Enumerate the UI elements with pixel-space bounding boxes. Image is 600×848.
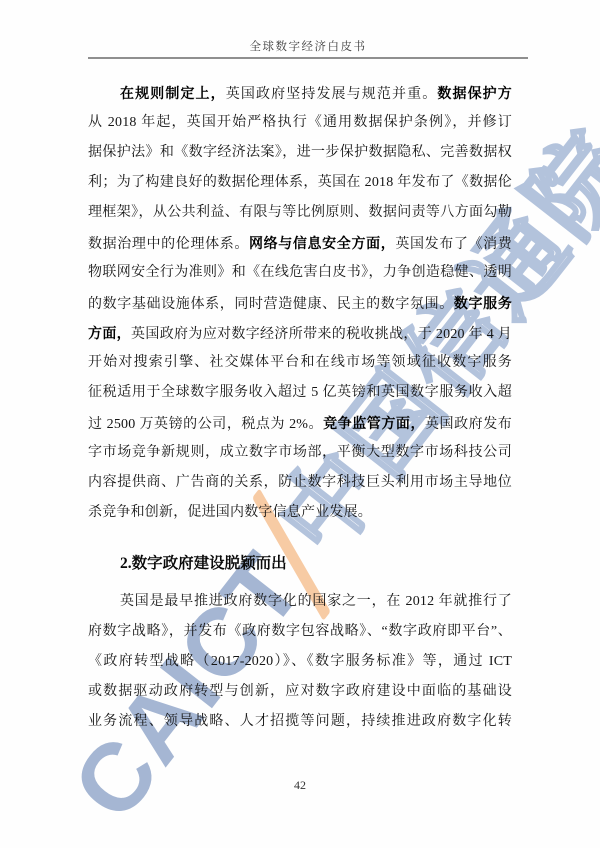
text-line: 英国是最早推进政府数字化的国家之一，在 2012 年就推行了《政: [88, 587, 512, 617]
page-content: 在规则制定上，英国政府坚持发展与规范并重。数据保护方面，从 2018 年起，英国…: [88, 78, 512, 737]
text-run: 征税适用于全球数字服务收入超过 5 亿英镑和英国数字服务收入超: [88, 385, 512, 400]
text-run: 数据治理中的伦理体系。: [88, 237, 249, 252]
bold-text-run: 方面，: [88, 325, 131, 341]
text-line: 开始对搜索引擎、社交媒体平台和在线市场等领域征收数字服务税，: [88, 348, 512, 378]
text-run: 理框架》，从公共利益、有限与等比例原则、数据问责等八方面勾勒: [88, 205, 512, 220]
text-line: 据保护法》和《数字经济法案》，进一步保护数据隐私、完善数据权: [88, 138, 512, 168]
text-run: 府数字战略》，并发布《政府数字包容战略》、“数字政府即平台”、: [88, 624, 512, 639]
text-line: 府数字战略》，并发布《政府数字包容战略》、“数字政府即平台”、: [88, 617, 512, 647]
text-line: 在规则制定上，英国政府坚持发展与规范并重。数据保护方面，: [88, 78, 512, 108]
paragraph-digital-government: 英国是最早推进政府数字化的国家之一，在 2012 年就推行了《政府数字战略》，并…: [88, 587, 512, 737]
text-line: 或数据驱动政府转型与创新，应对数字政府建设中面临的基础设施、: [88, 677, 512, 707]
text-run: 或数据驱动政府转型与创新，应对数字政府建设中面临的基础设施、: [88, 684, 512, 707]
text-run: 英国政府坚持发展与规范并重。: [226, 87, 438, 102]
text-line: 物联网安全行为准则》和《在线危害白皮书》，力争创造稳健、透明: [88, 258, 512, 288]
bold-text-run: 网络与信息安全方面，: [249, 235, 395, 251]
text-line: 利；为了构建良好的数据伦理体系，英国在 2018 年发布了《数据伦: [88, 168, 512, 198]
page-number: 42: [0, 778, 600, 793]
text-line: 杀竞争和创新，促进国内数字信息产业发展。: [88, 498, 512, 528]
page-header: 全球数字经济白皮书: [88, 40, 528, 59]
header-rule: [88, 57, 528, 59]
text-run: 从 2018 年起，英国开始严格执行《通用数据保护条例》，并修订《数: [88, 115, 512, 138]
text-run: 据保护法》和《数字经济法案》，进一步保护数据隐私、完善数据权: [88, 145, 512, 160]
text-line: 征税适用于全球数字服务收入超过 5 亿英镑和英国数字服务收入超: [88, 378, 512, 408]
document-page: CAICT 中国信通院 全球数字经济白皮书 在规则制定上，英国政府坚持发展与规范…: [0, 0, 600, 848]
text-run: 利；为了构建良好的数据伦理体系，英国在 2018 年发布了《数据伦: [88, 175, 512, 190]
bold-text-run: 竞争监管方面，: [323, 415, 425, 431]
text-run: 杀竞争和创新，促进国内数字信息产业发展。: [88, 505, 372, 520]
text-run: 内容提供商、广告商的关系，防止数字科技巨头利用市场主导地位扼: [88, 475, 512, 498]
text-line: 内容提供商、广告商的关系，防止数字科技巨头利用市场主导地位扼: [88, 468, 512, 498]
text-line: 的数字基础设施体系，同时营造健康、民主的数字氛围。数字服务税: [88, 288, 512, 318]
text-line: 从 2018 年起，英国开始严格执行《通用数据保护条例》，并修订《数: [88, 108, 512, 138]
text-run: 业务流程、领导战略、人才招揽等问题，持续推进政府数字化转型。: [88, 714, 512, 737]
text-run: 过 2500 万英镑的公司，税点为 2%。: [88, 417, 323, 432]
text-run: 《政府转型战略（2017-2020）》、《数字服务标准》等，通过 ICT: [88, 654, 512, 669]
text-run: 开始对搜索引擎、社交媒体平台和在线市场等领域征收数字服务税，: [88, 355, 512, 378]
text-run: 字市场竞争新规则，成立数字市场部，平衡大型数字市场科技公司与: [88, 445, 512, 468]
bold-text-run: 在规则制定上，: [120, 85, 226, 101]
text-line: 理框架》，从公共利益、有限与等比例原则、数据问责等八方面勾勒: [88, 198, 512, 228]
text-run: 物联网安全行为准则》和《在线危害白皮书》，力争创造稳健、透明: [88, 265, 512, 280]
text-line: 方面，英国政府为应对数字经济所带来的税收挑战，于 2020 年 4 月: [88, 318, 512, 348]
text-line: 过 2500 万英镑的公司，税点为 2%。竞争监管方面，英国政府发布数: [88, 408, 512, 438]
text-line: 字市场竞争新规则，成立数字市场部，平衡大型数字市场科技公司与: [88, 438, 512, 468]
text-line: 数据治理中的伦理体系。网络与信息安全方面，英国发布了《消费者: [88, 228, 512, 258]
text-run: 英国是最早推进政府数字化的国家之一，在 2012 年就推行了《政: [88, 594, 512, 617]
paragraph-uk-rules: 在规则制定上，英国政府坚持发展与规范并重。数据保护方面，从 2018 年起，英国…: [88, 78, 512, 528]
text-run: 的数字基础设施体系，同时营造健康、民主的数字氛围。: [88, 297, 454, 312]
header-title: 全球数字经济白皮书: [88, 40, 528, 54]
text-line: 业务流程、领导战略、人才招揽等问题，持续推进政府数字化转型。: [88, 707, 512, 737]
text-line: 《政府转型战略（2017-2020）》、《数字服务标准》等，通过 ICT: [88, 647, 512, 677]
section-heading: 2.数字政府建设脱颖而出: [88, 549, 512, 579]
text-run: 英国政府为应对数字经济所带来的税收挑战，于 2020 年 4 月: [131, 327, 512, 342]
